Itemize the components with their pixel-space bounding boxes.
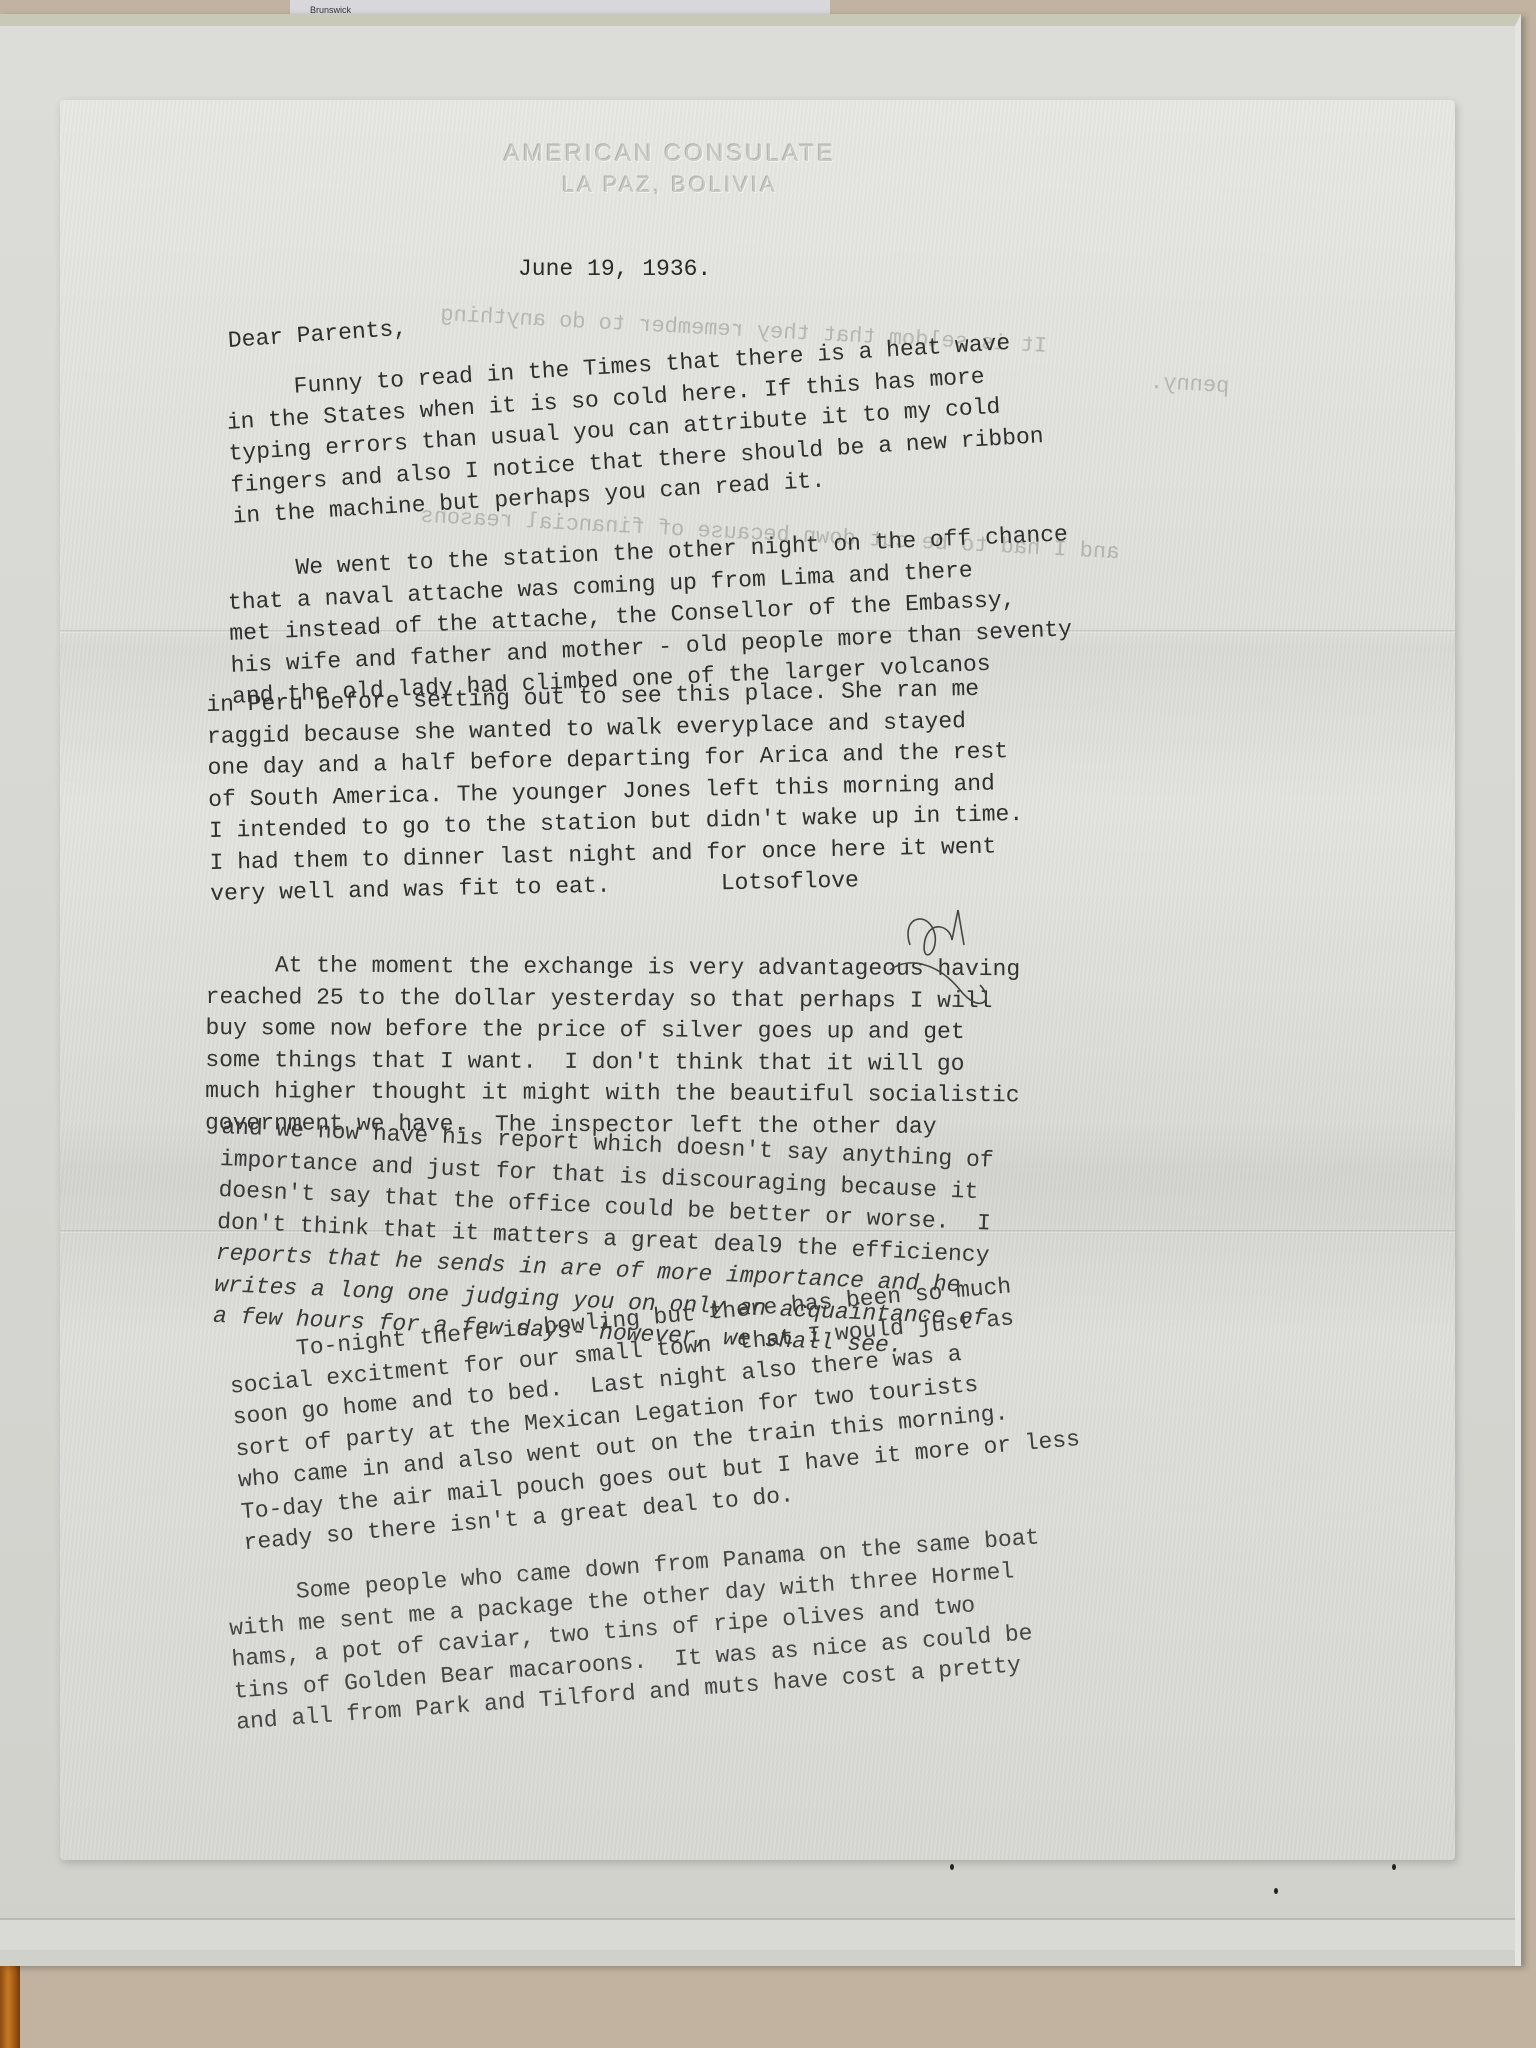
show-through-text: penny.	[1149, 370, 1229, 399]
handwritten-scribble-icon	[880, 905, 1040, 1035]
paper-speck	[1392, 1864, 1396, 1870]
paragraph-3: in Peru before setting out to see this p…	[206, 673, 1025, 911]
embossed-letterhead: AMERICAN CONSULATE LA PAZ, BOLIVIA	[470, 140, 870, 198]
paper-speck	[950, 1864, 954, 1870]
letterhead-line-1: AMERICAN CONSULATE	[470, 140, 870, 168]
folder-bottom-edge	[0, 1918, 1515, 1950]
letter-date: June 19, 1936.	[518, 256, 711, 282]
paper-speck	[1274, 1888, 1278, 1894]
letterhead-line-2: LA PAZ, BOLIVIA	[470, 172, 870, 198]
background-book: Brunswick	[290, 0, 830, 15]
